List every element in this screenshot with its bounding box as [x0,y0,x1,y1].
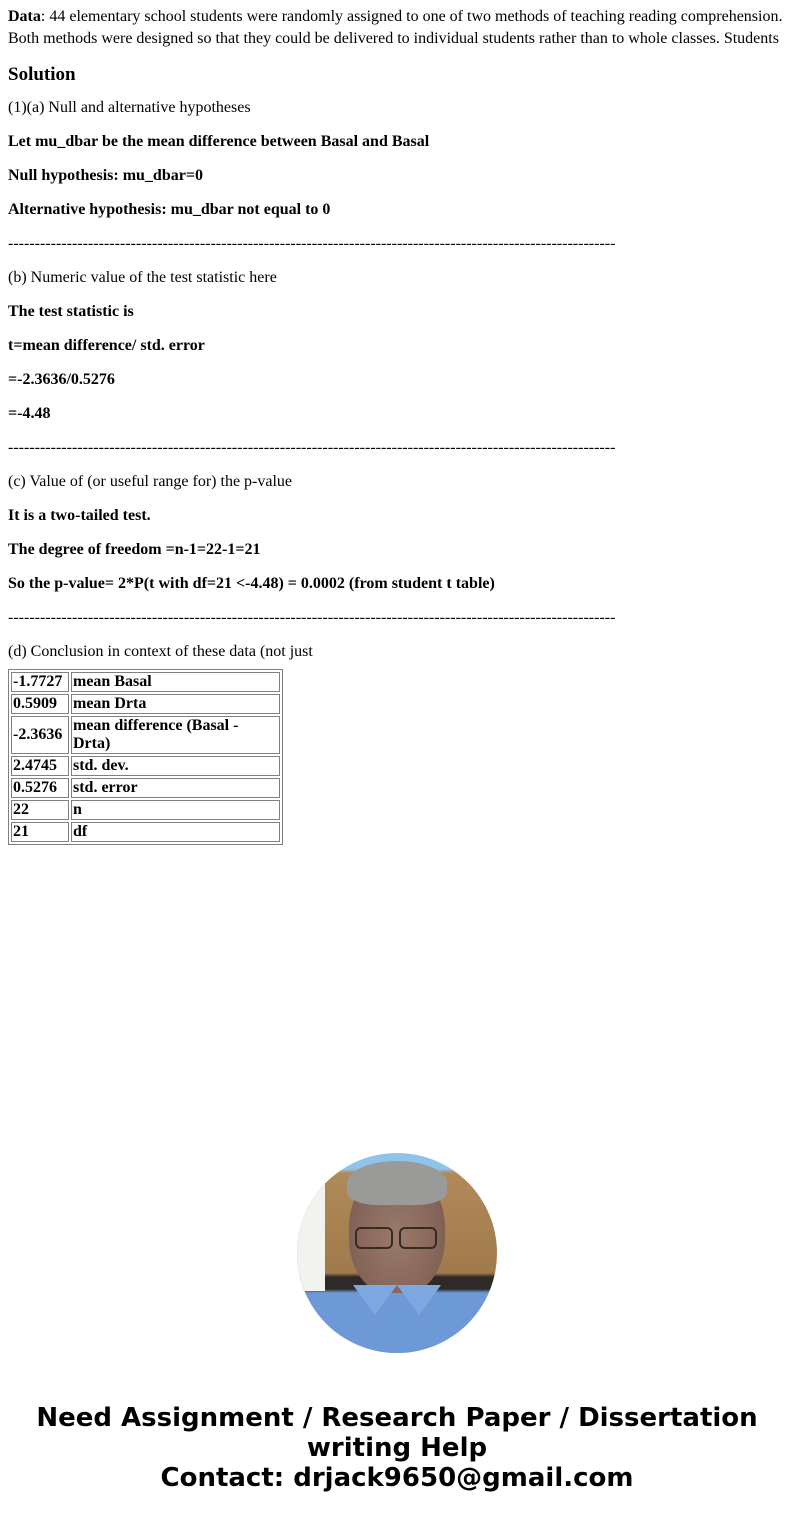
stat-value: -1.7727 [11,672,69,692]
summary-statistics-table: -1.7727mean Basal0.5909mean Drta-2.3636m… [8,669,283,845]
null-hypothesis: Null hypothesis: mu_dbar=0 [8,167,788,185]
table-row: 22n [11,800,280,820]
test-statistic-formula: t=mean difference/ std. error [8,337,788,355]
contact-email: Contact: drjack9650@gmail.com [0,1463,794,1493]
stat-value: 2.4745 [11,756,69,776]
hypothesis-definition: Let mu_dbar be the mean difference betwe… [8,133,788,151]
test-statistic-substitution: =-2.3636/0.5276 [8,371,788,389]
table-row: 0.5276std. error [11,778,280,798]
part-a-prompt: (1)(a) Null and alternative hypotheses [8,99,788,117]
part-d-prompt: (d) Conclusion in context of these data … [8,643,788,661]
test-type: It is a two-tailed test. [8,507,788,525]
stat-label: mean difference (Basal - Drta) [71,716,280,754]
degrees-of-freedom: The degree of freedom =n-1=22-1=21 [8,541,788,559]
stat-label: mean Drta [71,694,280,714]
test-statistic-value: =-4.48 [8,405,788,423]
contact-banner: Need Assignment / Research Paper / Disse… [0,1403,794,1493]
stat-value: 0.5276 [11,778,69,798]
alternative-hypothesis: Alternative hypothesis: mu_dbar not equa… [8,201,788,219]
table-row: -2.3636mean difference (Basal - Drta) [11,716,280,754]
intro-text: : 44 elementary school students were ran… [8,8,782,47]
part-c-prompt: (c) Value of (or useful range for) the p… [8,473,788,491]
test-statistic-intro: The test statistic is [8,303,788,321]
banner-line-2: writing Help [0,1433,794,1463]
separator-line: ----------------------------------------… [8,235,622,253]
table-row: 2.4745std. dev. [11,756,280,776]
stat-value: 0.5909 [11,694,69,714]
separator-line: ----------------------------------------… [8,439,622,457]
table-row: 21df [11,822,280,842]
stat-label: n [71,800,280,820]
separator-line: ----------------------------------------… [8,609,622,627]
stat-label: df [71,822,280,842]
solution-heading: Solution [8,64,788,86]
stat-value: -2.3636 [11,716,69,754]
p-value: So the p-value= 2*P(t with df=21 <-4.48)… [8,575,788,593]
glasses-icon [355,1227,439,1247]
banner-line-1: Need Assignment / Research Paper / Disse… [0,1403,794,1433]
part-b-prompt: (b) Numeric value of the test statistic … [8,269,788,287]
table-row: -1.7727mean Basal [11,672,280,692]
stat-label: std. error [71,778,280,798]
stat-value: 21 [11,822,69,842]
table-row: 0.5909mean Drta [11,694,280,714]
tutor-avatar [297,1153,497,1353]
intro-paragraph: Data: 44 elementary school students were… [8,6,788,50]
document-body: Data: 44 elementary school students were… [8,6,788,845]
stat-label: mean Basal [71,672,280,692]
stat-label: std. dev. [71,756,280,776]
stat-value: 22 [11,800,69,820]
intro-label: Data [8,8,41,25]
